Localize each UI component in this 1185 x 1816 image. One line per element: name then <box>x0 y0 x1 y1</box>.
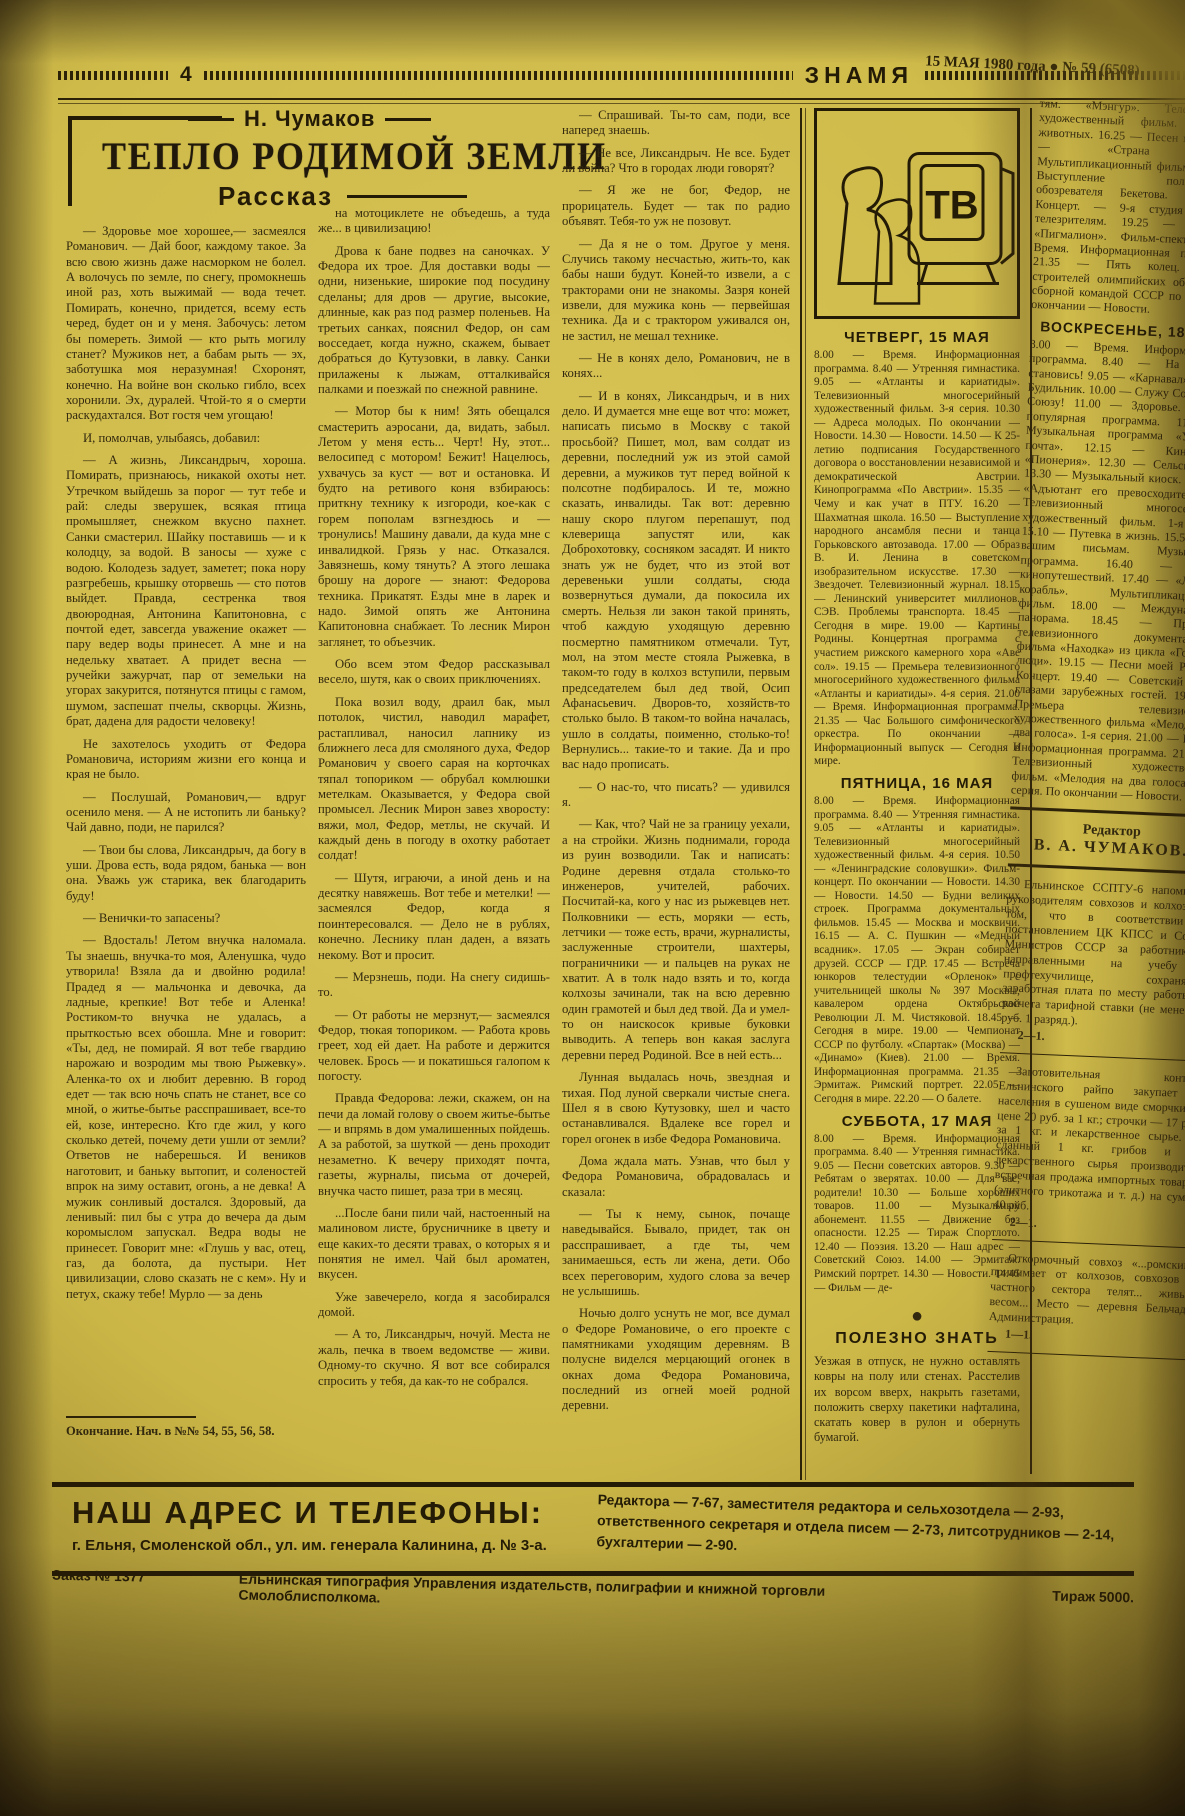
rule <box>992 1239 1185 1249</box>
author-dash <box>385 118 431 121</box>
story-paragraph: — Венички-то запасены? <box>66 911 306 926</box>
story-paragraph: — Вдосталь! Летом внучка наломала. Ты зн… <box>66 933 306 1302</box>
column-divider <box>805 108 806 1480</box>
section-dot: ● <box>814 1305 1020 1328</box>
tv-day: ПЯТНИЦА, 16 МАЯ 8.00 — Время. Информацио… <box>814 775 1020 1107</box>
imprint: Ельнинская типография Управления издател… <box>238 1571 959 1618</box>
editor-block: Редактор В. А. ЧУМАКОВ. <box>1008 820 1185 863</box>
story-author: Н. Чумаков <box>244 106 375 132</box>
tv-day-heading: ПЯТНИЦА, 16 МАЯ <box>814 775 1020 792</box>
rule <box>1010 807 1185 819</box>
circulation: Тираж 5000. <box>1052 1588 1134 1622</box>
story-paragraph: на мотоциклете не объедешь, а туда же...… <box>318 206 550 237</box>
rule <box>1000 1052 1185 1062</box>
tv-days: ЧЕТВЕРГ, 15 МАЯ 8.00 — Время. Информацио… <box>814 329 1020 1295</box>
story-paragraph: — Мерзнешь, поди. На снегу сидишь-то. <box>318 970 550 1001</box>
classified-ad: Ельнинское ССПТУ-6 напоминает руководите… <box>1000 877 1185 1062</box>
masthead-ornament <box>58 71 168 80</box>
tv-program-column: ТВ ЧЕТВЕРГ, 15 МАЯ 8.00 — Время. Информа… <box>814 108 1020 1490</box>
phones-line: Редактора — 7-67, заместителя редактора … <box>596 1489 1158 1568</box>
useful-heading: ПОЛЕЗНО ЗНАТЬ <box>814 1330 1020 1348</box>
tv-cartoon-drawing: ТВ <box>817 111 1017 316</box>
story-paragraph: — Послушай, Романович,— вдруг осенило ме… <box>66 790 306 836</box>
tv-day: ЧЕТВЕРГ, 15 МАЯ 8.00 — Время. Информацио… <box>814 329 1020 769</box>
story-kicker: Рассказ <box>218 181 333 212</box>
footnote-rule <box>66 1416 196 1418</box>
tv-day: СУББОТА, 17 МАЯ 8.00 — Время. Информацио… <box>814 1113 1020 1296</box>
tv-day-listing: 8.00 — Время. Информационная программа. … <box>814 349 1020 769</box>
column-divider <box>1030 108 1032 1474</box>
story-paragraph: — Твои бы слова, Ликсандрыч, да богу в у… <box>66 843 306 904</box>
story-paragraph: Лунная выдалась ночь, звездная и тихая. … <box>562 1070 790 1147</box>
story-paragraph: — Ты к нему, сынок, почаще наведывайся. … <box>562 1207 790 1299</box>
tv-day-listing: 8.00 — Время. Информационная программа. … <box>814 1133 1020 1296</box>
story-paragraph: Дрова к бане подвез на саночках. У Федор… <box>318 244 550 398</box>
address-line: г. Ельня, Смоленской обл., ул. им. генер… <box>72 1537 547 1554</box>
story-paragraph: — И в конях, Ликсандрыч, и в них дело. И… <box>562 389 790 773</box>
classified-ad: Заготовительная контора Ельнинского райп… <box>992 1063 1185 1248</box>
story-paragraph: — От работы не мерзнут,— засмеялся Федор… <box>318 1008 550 1085</box>
story-paragraph: Правда Федорова: лежи, скажем, он на печ… <box>318 1091 550 1199</box>
tv-day-listing: 8.00 — Время. Информационная программа. … <box>1011 337 1185 806</box>
story-paragraph: — Я же не бог, Федор, не прорицатель. Бу… <box>562 183 790 229</box>
story-paragraph: — А жизнь, Ликсандрыч, хороша. Помирать,… <box>66 453 306 729</box>
story-column-1: — Здоровье мое хорошее,— засмеялся Роман… <box>66 224 306 1404</box>
story-paragraph: — Как, что? Чай не за границу уехали, а … <box>562 817 790 1063</box>
story-paragraph: — Шутя, играючи, а иной день и на десятк… <box>318 871 550 963</box>
rule <box>1008 864 1185 876</box>
story-paragraph: — Не все, Ликсандрыч. Не все. Будет ли в… <box>562 146 790 177</box>
story-paragraph: Дома ждала мать. Узнав, что был у Федора… <box>562 1154 790 1200</box>
newspaper-page: 4 ЗНАМЯ 15 МАЯ 1980 года ● № 59 (6508) Н… <box>0 0 1185 1816</box>
story-column-2: на мотоциклете не объедешь, а туда же...… <box>318 206 550 1496</box>
masthead-rule <box>58 103 1185 104</box>
story-paragraph: Ночью долго уснуть не мог, все думал о Ф… <box>562 1306 790 1414</box>
story-paragraph: Не захотелось уходить от Федора Романови… <box>66 737 306 783</box>
story-paragraph: Обо всем этом Федор рассказывал весело, … <box>318 657 550 688</box>
story-paragraph: Пока возил воду, драил бак, мыл потолок,… <box>318 695 550 864</box>
ad-text: Заготовительная контора Ельнинского райп… <box>993 1063 1185 1220</box>
page-number: 4 <box>180 63 192 87</box>
address-block: НАШ АДРЕС И ТЕЛЕФОНЫ: г. Ельня, Смоленск… <box>52 1482 1134 1576</box>
tv-saturday-continuation: тям. «Мэнгур». Телевизионный художествен… <box>1031 96 1185 320</box>
story-paragraph: — А то, Ликсандрыч, ночуй. Места не жаль… <box>318 1327 550 1388</box>
tv-day-heading: СУББОТА, 17 МАЯ <box>814 1113 1020 1130</box>
story-paragraph: — О нас-то, что писать? — удивился я. <box>562 780 790 811</box>
story-title: ТЕПЛО РОДИМОЙ ЗЕМЛИ <box>102 134 503 179</box>
tv-day-heading: ЧЕТВЕРГ, 15 МАЯ <box>814 329 1020 346</box>
story-paragraph: Уже завечерело, когда я засобирался домо… <box>318 1290 550 1321</box>
story-title-block: Н. Чумаков ТЕПЛО РОДИМОЙ ЗЕМЛИ Рассказ <box>68 106 538 218</box>
story-paragraph: И, помолчав, улыбаясь, добавил: <box>66 431 306 446</box>
story-column-3: — Спрашивай. Ты-то сам, поди, все напере… <box>562 108 790 1496</box>
useful-text: Уезжая в отпуск, не нужно оставлять ковр… <box>814 1354 1020 1446</box>
tv-logo-label: ТВ <box>925 184 978 228</box>
print-order: Заказ № 1377 <box>52 1567 146 1601</box>
story-footnote: Окончание. Нач. в №№ 54, 55, 56, 58. <box>66 1424 306 1439</box>
ad-text: Ельнинское ССПТУ-6 напоминает руководите… <box>1001 877 1185 1034</box>
tv-cartoon: ТВ <box>814 108 1020 319</box>
story-paragraph: — Здоровье мое хорошее,— засмеялся Роман… <box>66 224 306 424</box>
kicker-dash <box>347 195 467 198</box>
masthead-ornament <box>204 71 793 80</box>
story-paragraph: — Мотор бы к ним! Зять обещался смастери… <box>318 404 550 650</box>
address-heading: НАШ АДРЕС И ТЕЛЕФОНЫ: <box>72 1495 543 1531</box>
tv-day-listing: 8.00 — Время. Информационная программа. … <box>814 795 1020 1107</box>
story-paragraph: ...После бани пили чай, настоенный на ма… <box>318 1206 550 1283</box>
story-paragraph: — Спрашивай. Ты-то сам, поди, все напере… <box>562 108 790 139</box>
column-divider <box>800 108 802 1480</box>
story-paragraph: — Да я не о том. Другое у меня. Случись … <box>562 237 790 345</box>
newspaper-title: ЗНАМЯ <box>805 62 913 89</box>
story-paragraph: — Не в конях дело, Романович, не в конях… <box>562 351 790 382</box>
masthead-rule <box>58 98 1185 100</box>
